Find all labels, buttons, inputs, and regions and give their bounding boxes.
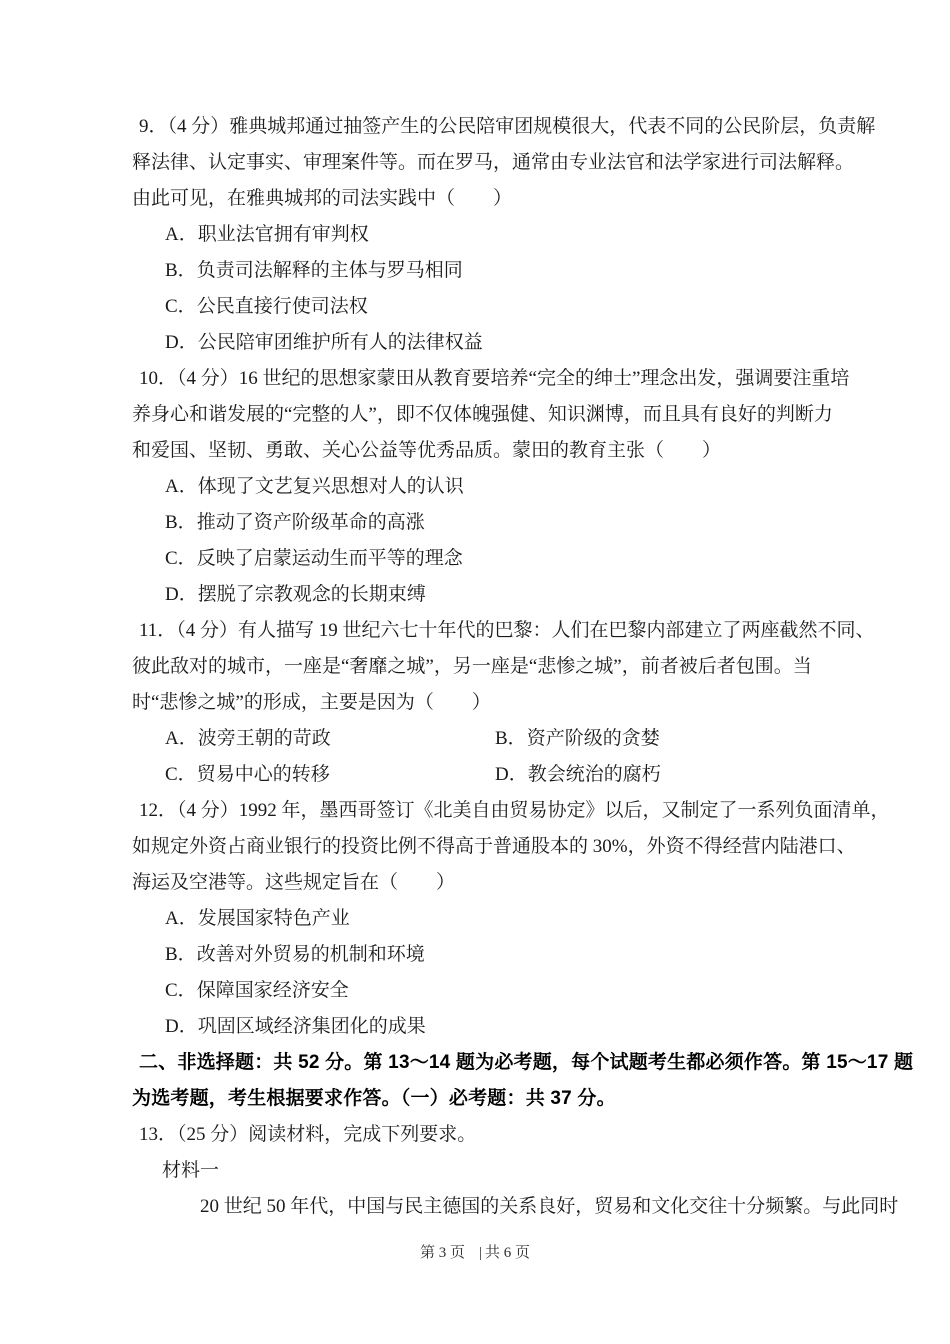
question-13-material-text-line-1: 20 世纪 50 年代，中国与民主德国的关系良好，贸易和文化交往十分频繁。与此同… [132,1189,832,1225]
section-2-heading-line-2: 为选考题，考生根据要求作答。（一）必考题：共 37 分。 [132,1081,832,1117]
option-label: A． [165,476,198,497]
question-12: 12．（4 分）1992 年，墨西哥签订《北美自由贸易协定》以后，又制定了一系列… [132,793,832,1045]
question-12-option-a: A．发展国家特色产业 [132,901,832,937]
footer-separator: | [479,1245,482,1261]
option-label: B． [165,512,197,533]
option-text: 发展国家特色产业 [198,908,350,929]
option-label: D． [165,1016,198,1037]
question-9-option-b: B．负责司法解释的主体与罗马相同 [132,253,832,289]
question-13-stem-line: 13．（25 分）阅读材料，完成下列要求。 [132,1117,832,1153]
question-11-number: 11． [139,620,176,641]
question-12-option-b: B．改善对外贸易的机制和环境 [132,937,832,973]
option-label: B． [495,728,527,749]
question-10-number: 10． [139,368,177,389]
question-10-stem-line-2: 养身心和谐发展的“完整的人”，即不仅体魄强健、知识渊博，而且具有良好的判断力 [132,397,832,433]
option-text: 资产阶级的贪婪 [527,728,660,749]
option-text: 负责司法解释的主体与罗马相同 [197,260,463,281]
question-12-stem-line-2: 如规定外资占商业银行的投资比例不得高于普通股本的 30%，外资不得经营内陆港口、 [132,829,832,865]
question-10-option-a: A．体现了文艺复兴思想对人的认识 [132,469,832,505]
question-11-stem-line-2: 彼此敌对的城市，一座是“奢靡之城”，另一座是“悲惨之城”，前者被后者包围。当 [132,649,832,685]
exam-page-content: 9．（4 分）雅典城邦通过抽签产生的公民陪审团规模很大，代表不同的公民阶层，负责… [132,109,832,1225]
option-label: B． [165,944,197,965]
option-text: 摆脱了宗教观念的长期束缚 [198,584,426,605]
question-13-material-label: 材料一 [132,1153,832,1189]
question-10-stem-line-3: 和爱国、坚韧、勇敢、关心公益等优秀品质。蒙田的教育主张（ ） [132,433,832,469]
option-label: A． [165,224,198,245]
option-label: D． [165,584,198,605]
question-11-stem-line-1: 11．（4 分）有人描写 19 世纪六七十年代的巴黎：人们在巴黎内部建立了两座截… [132,613,832,649]
option-label: D． [495,764,528,785]
question-10-stem-line-1: 10．（4 分）16 世纪的思想家蒙田从教育要培养“完全的绅士”理念出发，强调要… [132,361,832,397]
page-footer: 第 3 页|共 6 页 [0,1241,950,1265]
question-13-intro: （25 分）阅读材料，完成下列要求。 [177,1124,476,1145]
section-2-heading: 二、非选择题：共 52 分。第 13～14 题为必考题，每个试题考生都必须作答。… [132,1045,832,1117]
option-text: 反映了启蒙运动生而平等的理念 [197,548,463,569]
option-label: C． [165,764,197,785]
question-9-option-d: D．公民陪审团维护所有人的法律权益 [132,325,832,361]
question-11-stem-text-1: （4 分）有人描写 19 世纪六七十年代的巴黎：人们在巴黎内部建立了两座截然不同… [176,620,874,641]
question-9-stem-text-1: （4 分）雅典城邦通过抽签产生的公民陪审团规模很大，代表不同的公民阶层，负责解 [168,116,876,137]
option-label: D． [165,332,198,353]
question-11-option-row-ab: A．波旁王朝的苛政B．资产阶级的贪婪 [132,721,832,757]
option-text: 推动了资产阶级革命的高涨 [197,512,425,533]
option-text: 波旁王朝的苛政 [198,728,331,749]
option-label: A． [165,728,198,749]
question-9-number: 9． [139,116,168,137]
question-12-option-d: D．巩固区域经济集团化的成果 [132,1009,832,1045]
question-11-option-c: C．贸易中心的转移 [165,757,495,793]
question-11: 11．（4 分）有人描写 19 世纪六七十年代的巴黎：人们在巴黎内部建立了两座截… [132,613,832,793]
question-10-option-d: D．摆脱了宗教观念的长期束缚 [132,577,832,613]
question-12-stem-text-1: （4 分）1992 年，墨西哥签订《北美自由贸易协定》以后，又制定了一系列负面清… [177,800,890,821]
option-label: B． [165,260,197,281]
question-11-option-a: A．波旁王朝的苛政 [165,721,495,757]
question-10-option-c: C．反映了启蒙运动生而平等的理念 [132,541,832,577]
question-12-stem-line-1: 12．（4 分）1992 年，墨西哥签订《北美自由贸易协定》以后，又制定了一系列… [132,793,832,829]
question-10: 10．（4 分）16 世纪的思想家蒙田从教育要培养“完全的绅士”理念出发，强调要… [132,361,832,613]
question-12-option-c: C．保障国家经济安全 [132,973,832,1009]
option-label: C． [165,980,197,1001]
question-9-option-c: C．公民直接行使司法权 [132,289,832,325]
option-text: 保障国家经济安全 [197,980,349,1001]
option-text: 体现了文艺复兴思想对人的认识 [198,476,464,497]
question-11-option-row-cd: C．贸易中心的转移D．教会统治的腐朽 [132,757,832,793]
question-12-number: 12． [139,800,177,821]
question-13: 13．（25 分）阅读材料，完成下列要求。 材料一 20 世纪 50 年代，中国… [132,1117,832,1225]
option-label: C． [165,548,197,569]
question-9-stem-line-3: 由此可见，在雅典城邦的司法实践中（ ） [132,181,832,217]
question-10-stem-text-1: （4 分）16 世纪的思想家蒙田从教育要培养“完全的绅士”理念出发，强调要注重培 [177,368,849,389]
option-text: 职业法官拥有审判权 [198,224,369,245]
question-11-option-d: D．教会统治的腐朽 [495,764,661,785]
question-11-stem-line-3: 时“悲惨之城”的形成，主要是因为（ ） [132,685,832,721]
option-text: 巩固区域经济集团化的成果 [198,1016,426,1037]
page-number-label: 第 3 页 [420,1245,465,1261]
question-9-option-a: A．职业法官拥有审判权 [132,217,832,253]
question-9-stem-line-1: 9．（4 分）雅典城邦通过抽签产生的公民陪审团规模很大，代表不同的公民阶层，负责… [132,109,832,145]
question-9: 9．（4 分）雅典城邦通过抽签产生的公民陪审团规模很大，代表不同的公民阶层，负责… [132,109,832,361]
section-2-heading-line-1: 二、非选择题：共 52 分。第 13～14 题为必考题，每个试题考生都必须作答。… [132,1045,832,1081]
option-text: 改善对外贸易的机制和环境 [197,944,425,965]
question-12-stem-line-3: 海运及空港等。这些规定旨在（ ） [132,865,832,901]
option-label: A． [165,908,198,929]
question-10-option-b: B．推动了资产阶级革命的高涨 [132,505,832,541]
page-total-label: 共 6 页 [485,1245,530,1261]
question-13-number: 13． [139,1124,177,1145]
option-text: 公民陪审团维护所有人的法律权益 [198,332,483,353]
option-label: C． [165,296,197,317]
question-11-option-b: B．资产阶级的贪婪 [495,728,660,749]
option-text: 贸易中心的转移 [197,764,330,785]
option-text: 公民直接行使司法权 [197,296,368,317]
option-text: 教会统治的腐朽 [528,764,661,785]
question-9-stem-line-2: 释法律、认定事实、审理案件等。而在罗马，通常由专业法官和法学家进行司法解释。 [132,145,832,181]
